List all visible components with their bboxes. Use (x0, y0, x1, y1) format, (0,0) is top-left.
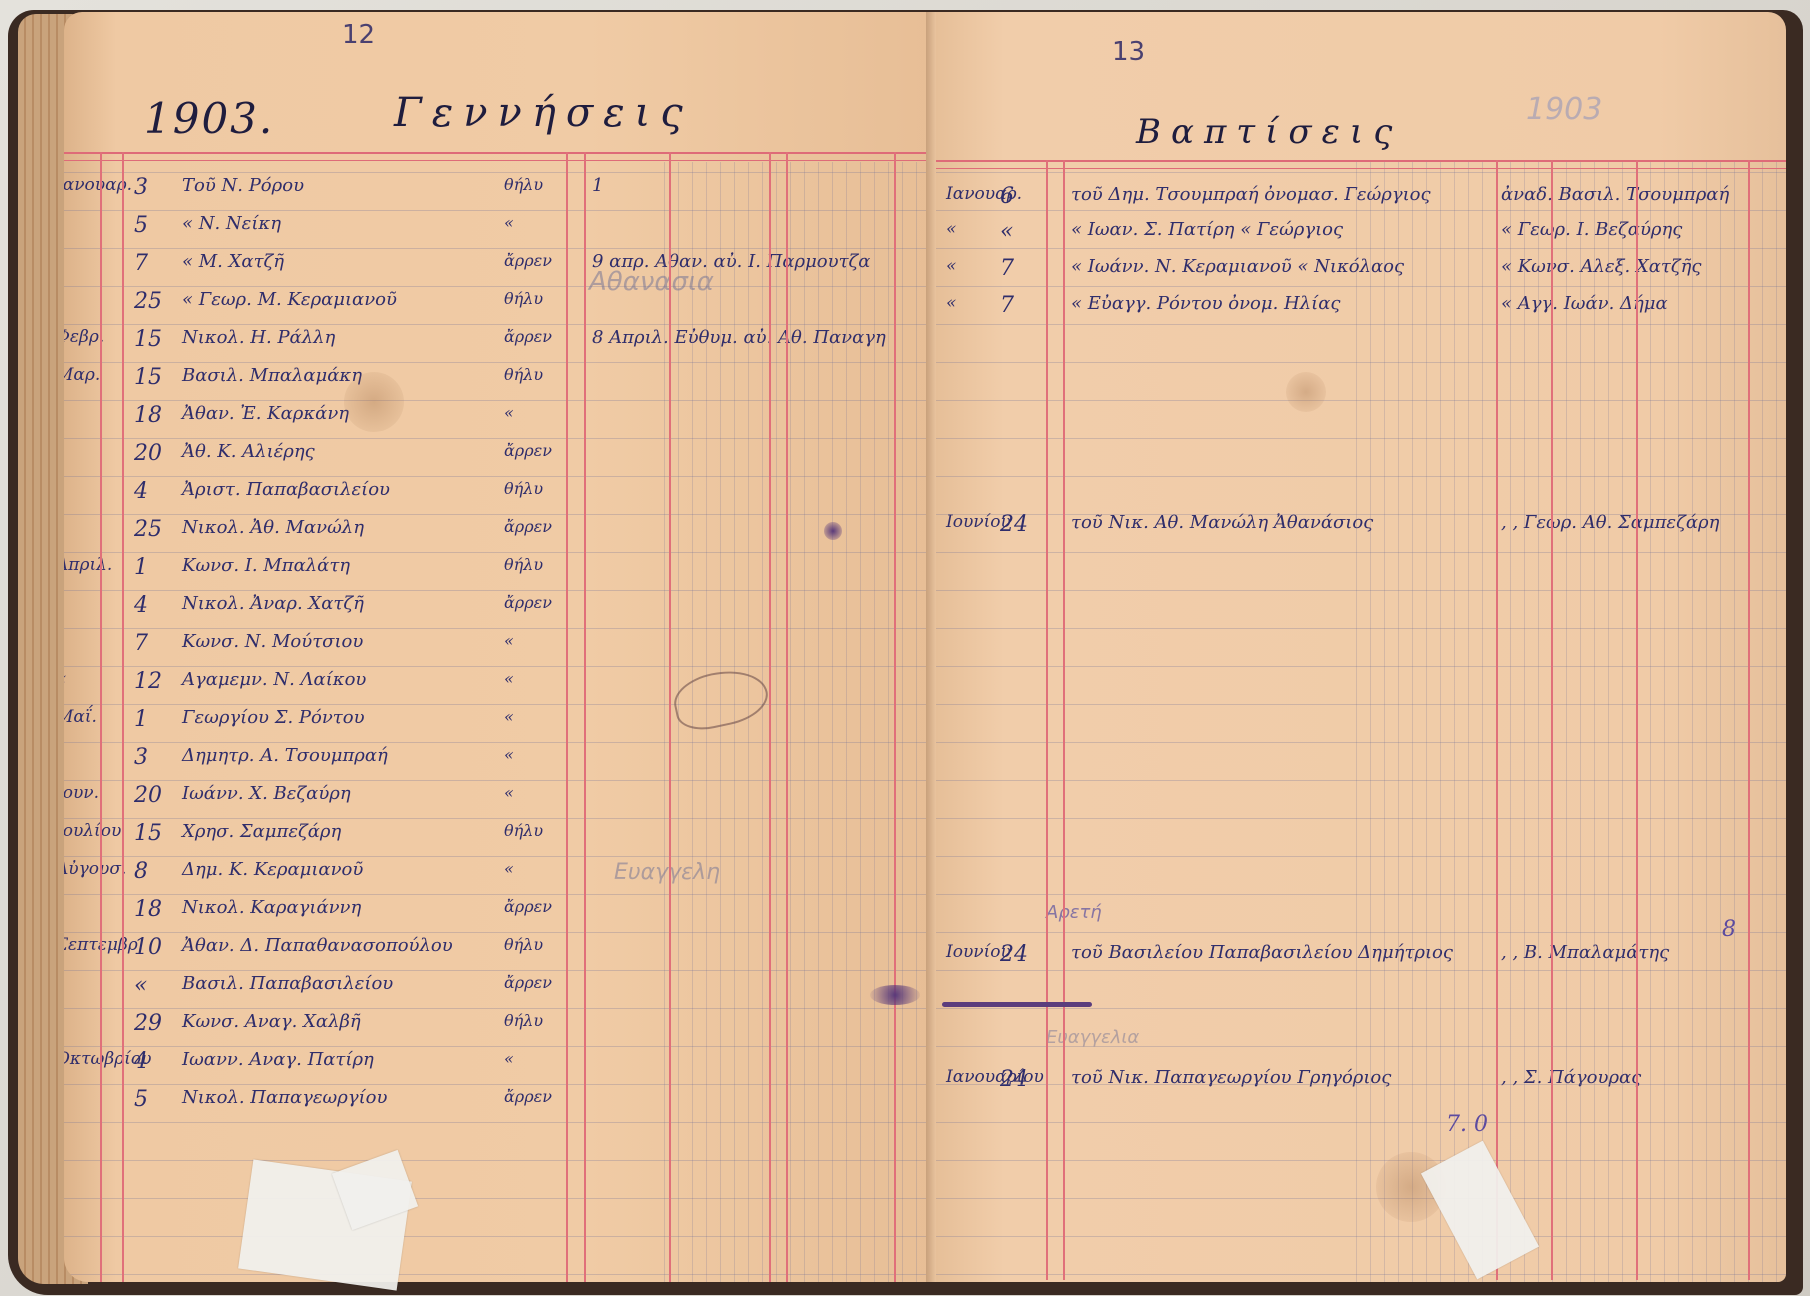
grid-line (1692, 162, 1693, 1282)
month-cell: Μαρ. (64, 365, 100, 385)
name-cell: « Ν. Νείκη (182, 213, 281, 234)
sex-cell: « (504, 631, 514, 650)
header-rule (64, 152, 936, 154)
sex-cell: θήλυ (504, 1011, 543, 1030)
day-cell: « (134, 973, 147, 998)
grid-line (1538, 162, 1539, 1282)
baptism-text-cell: τοῦ Βασιλείου Παπαβασιλείου Δημήτριος (1071, 942, 1453, 963)
grid-line (1524, 162, 1525, 1282)
sex-cell: ἄρρεν (504, 517, 552, 536)
day-cell: 3 (134, 745, 148, 770)
sex-cell: ἄρρεν (504, 897, 552, 916)
column-rule (786, 152, 788, 1282)
sex-cell: θήλυ (504, 365, 543, 384)
pencil-annotation: Αθανασια (589, 267, 714, 297)
name-cell: Νικολ. Ἀθ. Μανώλη (182, 517, 364, 538)
column-rule (1063, 160, 1065, 1280)
name-cell: Ἀριστ. Παπαβασιλείου (182, 479, 390, 500)
name-cell: Ιωάνν. Χ. Βεζαύρη (182, 783, 351, 804)
name-cell: Νικολ. Ἀναρ. Χατζῆ (182, 593, 364, 614)
ruled-line (64, 704, 936, 705)
ruled-line (64, 1198, 936, 1199)
sex-cell: ἄρρεν (504, 593, 552, 612)
grid-line (748, 162, 749, 1282)
grid-line (1566, 162, 1567, 1282)
ruled-line (64, 1160, 936, 1161)
sex-cell: ἄρρεν (504, 973, 552, 992)
grid-line (1356, 162, 1357, 1282)
grid-line (804, 162, 805, 1282)
sex-cell: θήλυ (504, 935, 543, 954)
name-cell: Ἀθαν. Δ. Παπαθανασοπούλου (182, 935, 453, 956)
godparent-cell: « Κωνσ. Αλεξ. Χατζῆς (1501, 256, 1702, 277)
day-cell: 15 (134, 821, 162, 846)
day-cell: 7 (134, 631, 148, 656)
month-cell: « (946, 293, 956, 313)
sex-cell: ἄρρεν (504, 327, 552, 346)
sex-cell: θήλυ (504, 555, 543, 574)
page-title: Βαπτίσεις (1136, 112, 1402, 152)
baptism-text-cell: « Εὐαγγ. Ρόντου ὀνομ. Ηλίας (1071, 293, 1340, 314)
ruled-line (64, 552, 936, 553)
day-cell: 6 (1000, 184, 1014, 209)
ruled-line (64, 1046, 936, 1047)
name-cell: Νικολ. Καραγιάννη (182, 897, 361, 918)
name-cell: Νικολ. Η. Ράλλη (182, 327, 335, 348)
grid-line (874, 162, 875, 1282)
pencil-annotation: Ευαγγελια (1046, 1027, 1139, 1048)
baptism-text-cell: « Ιωάνν. Ν. Κεραμιανοῦ « Νικόλαος (1071, 256, 1404, 277)
sex-cell: « (504, 783, 514, 802)
grid-line (1650, 162, 1651, 1282)
name-cell: Κωνσ. Ι. Μπαλάτη (182, 555, 350, 576)
sex-cell: ἄρρεν (504, 441, 552, 460)
grid-line (888, 162, 889, 1282)
column-rule (1636, 160, 1638, 1280)
month-cell: Ιουλίου (64, 821, 121, 841)
month-cell: « (64, 669, 66, 689)
name-cell: « Γεωρ. Μ. Κεραμιανοῦ (182, 289, 397, 310)
ruled-line (64, 742, 936, 743)
godparent-cell: « Αγγ. Ιωάν. Δήμα (1501, 293, 1668, 314)
ruled-line (64, 1236, 936, 1237)
grid-line (1734, 162, 1735, 1282)
day-cell: 8 (134, 859, 148, 884)
godparent-cell: , , Γεωρ. Αθ. Σαμπεζάρη (1501, 512, 1719, 533)
day-cell: 1 (134, 707, 148, 732)
ruled-line (64, 286, 936, 287)
pencil-annotation: Ευαγγελη (614, 860, 720, 885)
ruled-line (64, 1008, 936, 1009)
sex-cell: ἄρρεν (504, 251, 552, 270)
ruled-line (64, 780, 936, 781)
ruled-line (64, 210, 936, 211)
grid-line (1384, 162, 1385, 1282)
month-cell: « (946, 219, 956, 239)
sex-cell: ἄρρεν (504, 1087, 552, 1106)
left-page: 12 1903. Γεννήσεις Ιανουαρ.3Τοῦ Ν. Ρόρου… (64, 12, 936, 1282)
grid-line (1580, 162, 1581, 1282)
day-cell: 20 (134, 441, 162, 466)
ruled-line (64, 1122, 936, 1123)
ink-blot (870, 985, 920, 1005)
column-rule (1496, 160, 1498, 1280)
column-rule (122, 152, 124, 1282)
day-cell: 7 (1000, 293, 1014, 318)
grid-line (664, 162, 665, 1282)
header-rule (64, 160, 936, 161)
day-cell: 1 (134, 555, 148, 580)
grid-line (1412, 162, 1413, 1282)
sex-cell: θήλυ (504, 821, 543, 840)
day-cell: 7 (134, 251, 148, 276)
name-cell: Δημ. Κ. Κεραμιανοῦ (182, 859, 363, 880)
column-rule (566, 152, 568, 1282)
ink-blot (824, 522, 842, 540)
grid-line (1706, 162, 1707, 1282)
ruled-line (64, 438, 936, 439)
grid-line (1608, 162, 1609, 1282)
column-rule (1748, 160, 1750, 1280)
grid-line (1622, 162, 1623, 1282)
day-cell: 3 (134, 175, 148, 200)
day-cell: 18 (134, 403, 162, 428)
name-cell: Κωνσ. Αναγ. Χαλβῆ (182, 1011, 361, 1032)
day-cell: 4 (134, 593, 148, 618)
grid-line (1440, 162, 1441, 1282)
ruled-line (64, 362, 936, 363)
name-cell: Τοῦ Ν. Ρόρου (182, 175, 304, 196)
ruled-line (64, 514, 936, 515)
grid-line (1426, 162, 1427, 1282)
grid-line (1720, 162, 1721, 1282)
month-cell: Αὐγουσ. (64, 859, 126, 879)
column-rule (1046, 160, 1048, 1280)
death-note-cell: 1 (592, 175, 603, 196)
godparent-cell: « Γεωρ. Ι. Βεζαύρης (1501, 219, 1682, 240)
grid-line (1776, 162, 1777, 1282)
grid-line (790, 162, 791, 1282)
day-cell: 4 (134, 479, 148, 504)
day-cell: 15 (134, 365, 162, 390)
grid-line (1454, 162, 1455, 1282)
page-number: 12 (342, 20, 375, 50)
day-cell: 15 (134, 327, 162, 352)
grid-line (1594, 162, 1595, 1282)
day-cell: 25 (134, 517, 162, 542)
paper-stain (1286, 372, 1326, 412)
name-cell: Νικολ. Παπαγεωργίου (182, 1087, 387, 1108)
godparent-cell: , , Β. Μπαλαμάτης (1501, 942, 1669, 963)
sex-cell: « (504, 669, 514, 688)
day-cell: « (1000, 219, 1013, 244)
sex-cell: θήλυ (504, 289, 543, 308)
name-cell: Δημητρ. Α. Τσουμπραή (182, 745, 388, 766)
month-cell: Ἀπριλ. (64, 555, 112, 575)
day-cell: 24 (1000, 1067, 1028, 1092)
name-cell: Χρησ. Σαμπεζάρη (182, 821, 341, 842)
column-rule (1551, 160, 1553, 1280)
day-cell: 18 (134, 897, 162, 922)
year-heading: 1903. (144, 94, 274, 143)
ruled-line (64, 590, 936, 591)
column-rule (769, 152, 771, 1282)
ruled-line (64, 1274, 936, 1275)
grid-line (860, 162, 861, 1282)
grid-line (832, 162, 833, 1282)
sex-cell: « (504, 213, 514, 232)
month-cell: Σεπτεμβρ. (64, 935, 143, 955)
page-title: Γεννήσεις (394, 90, 693, 136)
day-cell: 24 (1000, 942, 1028, 967)
baptism-text-cell: « Ιωαν. Σ. Πατίρη « Γεώργιος (1071, 219, 1343, 240)
grid-line (1762, 162, 1763, 1282)
day-cell: 20 (134, 783, 162, 808)
paper-stain (344, 372, 404, 432)
ruled-line (64, 932, 936, 933)
signature-mark (669, 663, 772, 735)
ruled-line (64, 628, 936, 629)
day-cell: 24 (1000, 512, 1028, 537)
grid-line (776, 162, 777, 1282)
page-number: 13 (1112, 37, 1145, 67)
day-cell: 7 (1000, 256, 1014, 281)
godparent-cell: ἀναδ. Βασιλ. Τσουμπραή (1501, 184, 1729, 205)
grid-line (1664, 162, 1665, 1282)
name-cell: « Μ. Χατζῆ (182, 251, 284, 272)
month-cell: Μαΐ. (64, 707, 97, 727)
grid-line (818, 162, 819, 1282)
column-rule (584, 152, 586, 1282)
column-rule (894, 152, 896, 1282)
name-cell: Ιωανν. Αναγ. Πατίρη (182, 1049, 374, 1070)
ruled-line (64, 172, 936, 173)
grid-line (902, 162, 903, 1282)
ruled-line (64, 1084, 936, 1085)
struck-out-entry (942, 1002, 1092, 1007)
day-cell: 29 (134, 1011, 162, 1036)
grid-line (1370, 162, 1371, 1282)
sex-cell: « (504, 745, 514, 764)
grid-line (1398, 162, 1399, 1282)
day-cell: 5 (134, 1087, 148, 1112)
name-cell: Κωνσ. Ν. Μούτσιου (182, 631, 363, 652)
grid-line (1482, 162, 1483, 1282)
sex-cell: « (504, 403, 514, 422)
baptism-text-cell: τοῦ Δημ. Τσουμπραή ὀνομασ. Γεώργιος (1071, 184, 1431, 205)
right-page: 13 1903 Βαπτίσεις Ιανουαρ.6τοῦ Δημ. Τσου… (936, 12, 1786, 1282)
column-rule (669, 152, 671, 1282)
ruled-line (64, 324, 936, 325)
month-cell: « (946, 256, 956, 276)
day-cell: 5 (134, 213, 148, 238)
baptism-text-cell: τοῦ Νικ. Αθ. Μανώλη Ἀθανάσιος (1071, 512, 1373, 533)
pencil-year: 1903 (1526, 92, 1602, 127)
name-cell: Βασιλ. Μπαλαμάκη (182, 365, 362, 386)
name-cell: Αγαμεμν. Ν. Λαίκου (182, 669, 366, 690)
sex-cell: « (504, 707, 514, 726)
ruled-line (64, 894, 936, 895)
pencil-annotation: Αρετή (1046, 902, 1102, 923)
day-cell: 25 (134, 289, 162, 314)
name-cell: Ἀθαν. Ἐ. Καρκάνη (182, 403, 349, 424)
ruled-line (64, 856, 936, 857)
ruled-line (64, 666, 936, 667)
ruled-line (64, 476, 936, 477)
grid-line (762, 162, 763, 1282)
grid-line (1510, 162, 1511, 1282)
sex-cell: θήλυ (504, 175, 543, 194)
ruled-line (64, 970, 936, 971)
grid-line (916, 162, 917, 1282)
ruled-line (64, 818, 936, 819)
name-cell: Γεωργίου Σ. Ρόντου (182, 707, 365, 728)
sex-cell: « (504, 859, 514, 878)
name-cell: Βασιλ. Παπαβασιλείου (182, 973, 393, 994)
month-cell: Ιουν. (64, 783, 99, 803)
death-note-cell: 8 Απριλ. Εὐθυμ. αὐ. Αθ. Παναγη (592, 327, 886, 348)
sex-cell: « (504, 1049, 514, 1068)
day-cell: 12 (134, 669, 162, 694)
day-cell: 4 (134, 1049, 148, 1074)
grid-line (1468, 162, 1469, 1282)
grid-line (846, 162, 847, 1282)
name-cell: Ἀθ. Κ. Αλιέρης (182, 441, 315, 462)
column-rule (100, 152, 102, 1282)
ruled-line (64, 400, 936, 401)
ruled-line (64, 248, 936, 249)
month-cell: Φεβρ. (64, 327, 104, 347)
sex-cell: θήλυ (504, 479, 543, 498)
grid-line (1678, 162, 1679, 1282)
day-cell: 10 (134, 935, 162, 960)
